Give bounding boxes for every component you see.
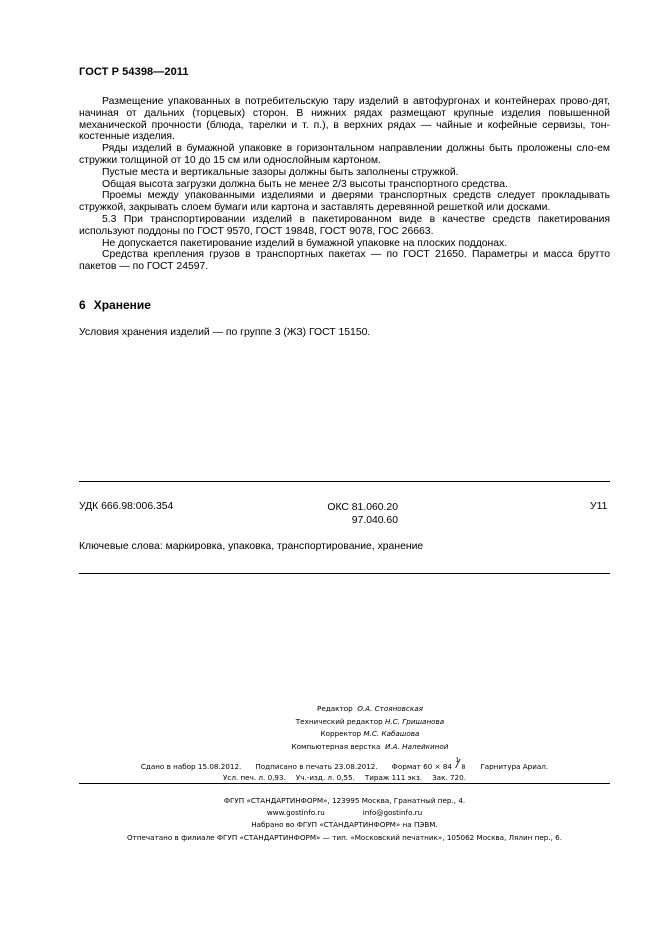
publication-sheets: Уч.-изд. л. 0,55. (296, 773, 355, 782)
oks-codes: ОКС 81.060.20 97.040.60 (322, 501, 398, 527)
publisher-contacts: www.gostinfo.ruinfo@gostinfo.ru (79, 807, 610, 819)
publisher-block: ФГУП «СТАНДАРТИНФОРМ», 123995 Москва, Гр… (79, 795, 610, 844)
paragraph-placement: Размещение упакованных в потребительскую… (79, 96, 610, 143)
paragraph-flat-pallets: Не допускается пакетирование изделий в б… (79, 238, 610, 250)
paragraph-fastening: Средства крепления грузов в транспортных… (79, 249, 610, 273)
website-link[interactable]: www.gostinfo.ru (267, 808, 325, 817)
paragraph-rows: Ряды изделий в бумажной упаковке в гориз… (79, 143, 610, 167)
document-id-header: ГОСТ Р 54398—2011 (79, 66, 189, 78)
paper-format: Формат 60 × 84 (392, 762, 452, 771)
credits-block: Редактор О.А. Стояновская Технический ре… (255, 703, 485, 753)
keywords: Ключевые слова: маркировка, упаковка, тр… (79, 541, 423, 552)
paragraph-empty-spaces: Пустые места и вертикальные зазоры должн… (79, 167, 610, 179)
transport-section-text: Размещение упакованных в потребительскую… (79, 96, 610, 273)
credit-tech-editor: Технический редактор Н.С. Гришанова (255, 716, 485, 729)
credit-proofreader: Корректор М.С. Кабашова (255, 728, 485, 741)
credit-layout: Компьютерная верстка И.А. Налейкиной (255, 741, 485, 754)
oks-code-2: 97.040.60 (322, 514, 398, 527)
print-sheets: Усл. печ. л. 0,93. (223, 773, 286, 782)
format-fraction: 1/8 (454, 760, 466, 770)
section-title: Хранение (94, 298, 151, 312)
submitted-date: Сдано в набор 15.08.2012. (141, 762, 242, 771)
signed-date: Подписано в печать 23.08.2012. (255, 762, 377, 771)
udk-code: УДК 666.98:006.354 (79, 501, 173, 512)
typeface: Гарнитура Ариал. (480, 762, 548, 771)
imprint-line-2: Усл. печ. л. 0,93.Уч.-изд. л. 0,55.Тираж… (79, 773, 610, 782)
typeset-note: Набрано во ФГУП «СТАНДАРТИНФОРМ» на ПЭВМ… (79, 819, 610, 831)
divider-footer (79, 783, 610, 784)
section-6-heading: 6Хранение (79, 298, 151, 312)
paragraph-load-height: Общая высота загрузки должна быть не мен… (79, 179, 610, 191)
credit-editor: Редактор О.А. Стояновская (255, 703, 485, 716)
paragraph-5-3-pallets: 5.3 При транспортировании изделий в паке… (79, 214, 610, 238)
oks-code-1: ОКС 81.060.20 (322, 501, 398, 514)
group-code: У11 (590, 501, 607, 512)
divider-middle (79, 573, 610, 574)
printed-note: Отпечатано в филиале ФГУП «СТАНДАРТИНФОР… (79, 832, 610, 844)
publisher-address: ФГУП «СТАНДАРТИНФОРМ», 123995 Москва, Гр… (79, 795, 610, 807)
storage-conditions-text: Условия хранения изделий — по группе 3 (… (79, 327, 370, 338)
circulation: Тираж 111 экз. (365, 773, 422, 782)
order-number: Зак. 720. (432, 773, 466, 782)
section-number: 6 (79, 298, 86, 312)
imprint-line-1: Сдано в набор 15.08.2012.Подписано в печ… (79, 760, 610, 771)
email-link[interactable]: info@gostinfo.ru (363, 808, 422, 817)
divider-top (79, 481, 610, 482)
paragraph-door-gaps: Проемы между упакованными изделиями и дв… (79, 190, 610, 214)
